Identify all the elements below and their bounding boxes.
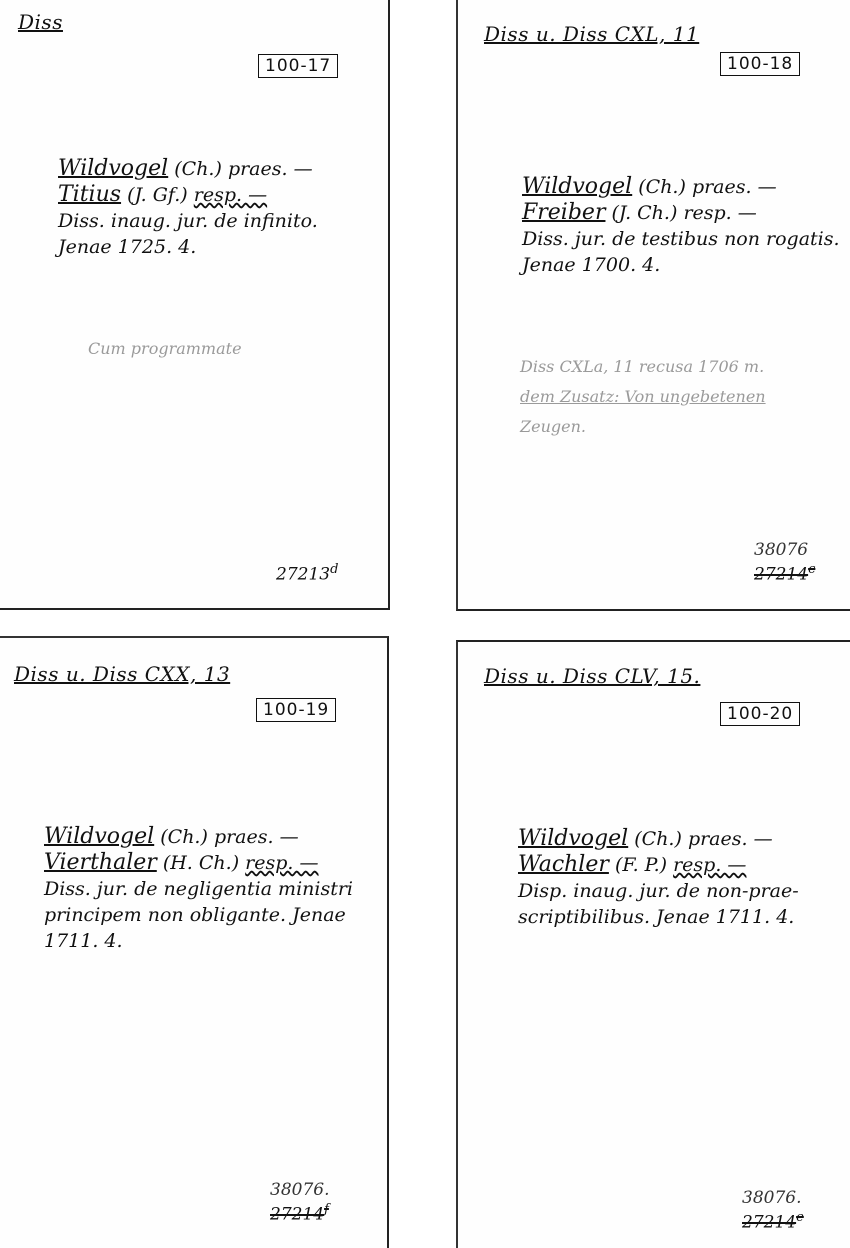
respondent-role: resp. — [683,202,756,224]
praeses-role: praes. — [228,158,313,180]
respondent-initials: (F. P.) [615,854,667,876]
catalog-card-4: Diss u. Diss CLV, 15. 100-20 Wildvogel (… [456,640,850,1248]
catalog-entry: Wildvogel (Ch.) praes. — Freiber (J. Ch.… [522,174,840,278]
note-line: Zeugen. [520,412,766,442]
call-number-box: 100-17 [258,54,338,78]
accession-suffix: d [330,562,338,577]
respondent-role: resp. — [245,852,318,874]
call-number-box: 100-20 [720,702,800,726]
praeses-line: Wildvogel (Ch.) praes. — [44,824,353,850]
shelfmark: Diss u. Diss CLV, 15. [484,664,700,688]
praeses-initials: (Ch.) [174,158,222,180]
shelfmark: Diss [18,10,63,34]
accession-suffix: c [808,562,815,577]
praeses-role: praes. — [214,826,299,848]
note-line: dem Zusatz: Von ungebetenen [520,382,766,412]
respondent-initials: (J. Gf.) [127,184,188,206]
accession-new: 38076 [754,540,815,560]
note-line: Cum programmate [88,334,242,364]
title-line: 1711. 4. [44,928,353,954]
catalog-card-1: Diss 100-17 Wildvogel (Ch.) praes. — Tit… [0,0,390,610]
praeses-role: praes. — [688,828,773,850]
accession-number: 38076 27214c [754,540,815,585]
accession-suffix: e [796,1210,804,1225]
accession-number: 38076. 27214e [742,1188,804,1233]
catalog-card-3: Diss u. Diss CXX, 13 100-19 Wildvogel (C… [0,636,389,1248]
accession-old: 27213 [276,565,330,585]
shelfmark: Diss u. Diss CXL, 11 [484,22,699,46]
title-line: principem non obligante. Jenae [44,902,353,928]
praeses-role: praes. — [692,176,777,198]
call-number-box: 100-18 [720,52,800,76]
praeses-line: Wildvogel (Ch.) praes. — [518,826,799,852]
accession-new: 38076. [742,1188,804,1208]
praeses-name: Wildvogel [58,156,168,181]
catalog-card-2: Diss u. Diss CXL, 11 100-18 Wildvogel (C… [456,0,850,611]
catalog-entry: Wildvogel (Ch.) praes. — Titius (J. Gf.)… [58,156,318,260]
accession-number: 27213d [276,560,338,585]
praeses-name: Wildvogel [522,174,632,199]
accession-suffix: f [324,1202,329,1217]
praeses-initials: (Ch.) [634,828,682,850]
shelfmark-text: Diss [18,10,63,34]
respondent-line: Freiber (J. Ch.) resp. — [522,200,840,226]
accession-old: 27214 [754,565,808,585]
respondent-initials: (J. Ch.) [612,202,678,224]
accession-old: 27214 [742,1213,796,1233]
praeses-initials: (Ch.) [638,176,686,198]
title-line: Jenae 1725. 4. [58,234,318,260]
accession-number: 38076. 27214f [270,1180,329,1225]
respondent-line: Vierthaler (H. Ch.) resp. — [44,850,353,876]
title-line: Diss. jur. de testibus non rogatis. [522,226,840,252]
respondent-initials: (H. Ch.) [163,852,239,874]
praeses-name: Wildvogel [518,826,628,851]
title-line: Diss. inaug. jur. de infinito. [58,208,318,234]
respondent-name: Freiber [522,200,605,225]
praeses-line: Wildvogel (Ch.) praes. — [58,156,318,182]
note-text: dem Zusatz: Von ungebetenen [520,387,766,406]
title-line: Disp. inaug. jur. de non-prae- [518,878,799,904]
praeses-initials: (Ch.) [160,826,208,848]
shelfmark: Diss u. Diss CXX, 13 [14,662,230,686]
shelfmark-text: Diss u. Diss CXL, 11 [484,22,699,46]
title-line: scriptibilibus. Jenae 1711. 4. [518,904,799,930]
pencil-note: Diss CXLa, 11 recusa 1706 m. dem Zusatz:… [520,352,766,442]
accession-new: 38076. [270,1180,329,1200]
respondent-role: resp. — [194,184,267,206]
pencil-note: Cum programmate [88,334,242,364]
title-line: Diss. jur. de negligentia ministri [44,876,353,902]
note-line: Diss CXLa, 11 recusa 1706 m. [520,352,766,382]
catalog-entry: Wildvogel (Ch.) praes. — Wachler (F. P.)… [518,826,799,930]
shelfmark-text: Diss u. Diss CXX, 13 [14,662,230,686]
catalog-entry: Wildvogel (Ch.) praes. — Vierthaler (H. … [44,824,353,954]
respondent-role: resp. — [673,854,746,876]
respondent-name: Wachler [518,852,609,877]
call-number-box: 100-19 [256,698,336,722]
respondent-name: Vierthaler [44,850,157,875]
respondent-line: Titius (J. Gf.) resp. — [58,182,318,208]
praeses-line: Wildvogel (Ch.) praes. — [522,174,840,200]
respondent-name: Titius [58,182,121,207]
respondent-line: Wachler (F. P.) resp. — [518,852,799,878]
shelfmark-text: Diss u. Diss CLV, 15. [484,664,700,688]
accession-old: 27214 [270,1205,324,1225]
praeses-name: Wildvogel [44,824,154,849]
title-line: Jenae 1700. 4. [522,252,840,278]
